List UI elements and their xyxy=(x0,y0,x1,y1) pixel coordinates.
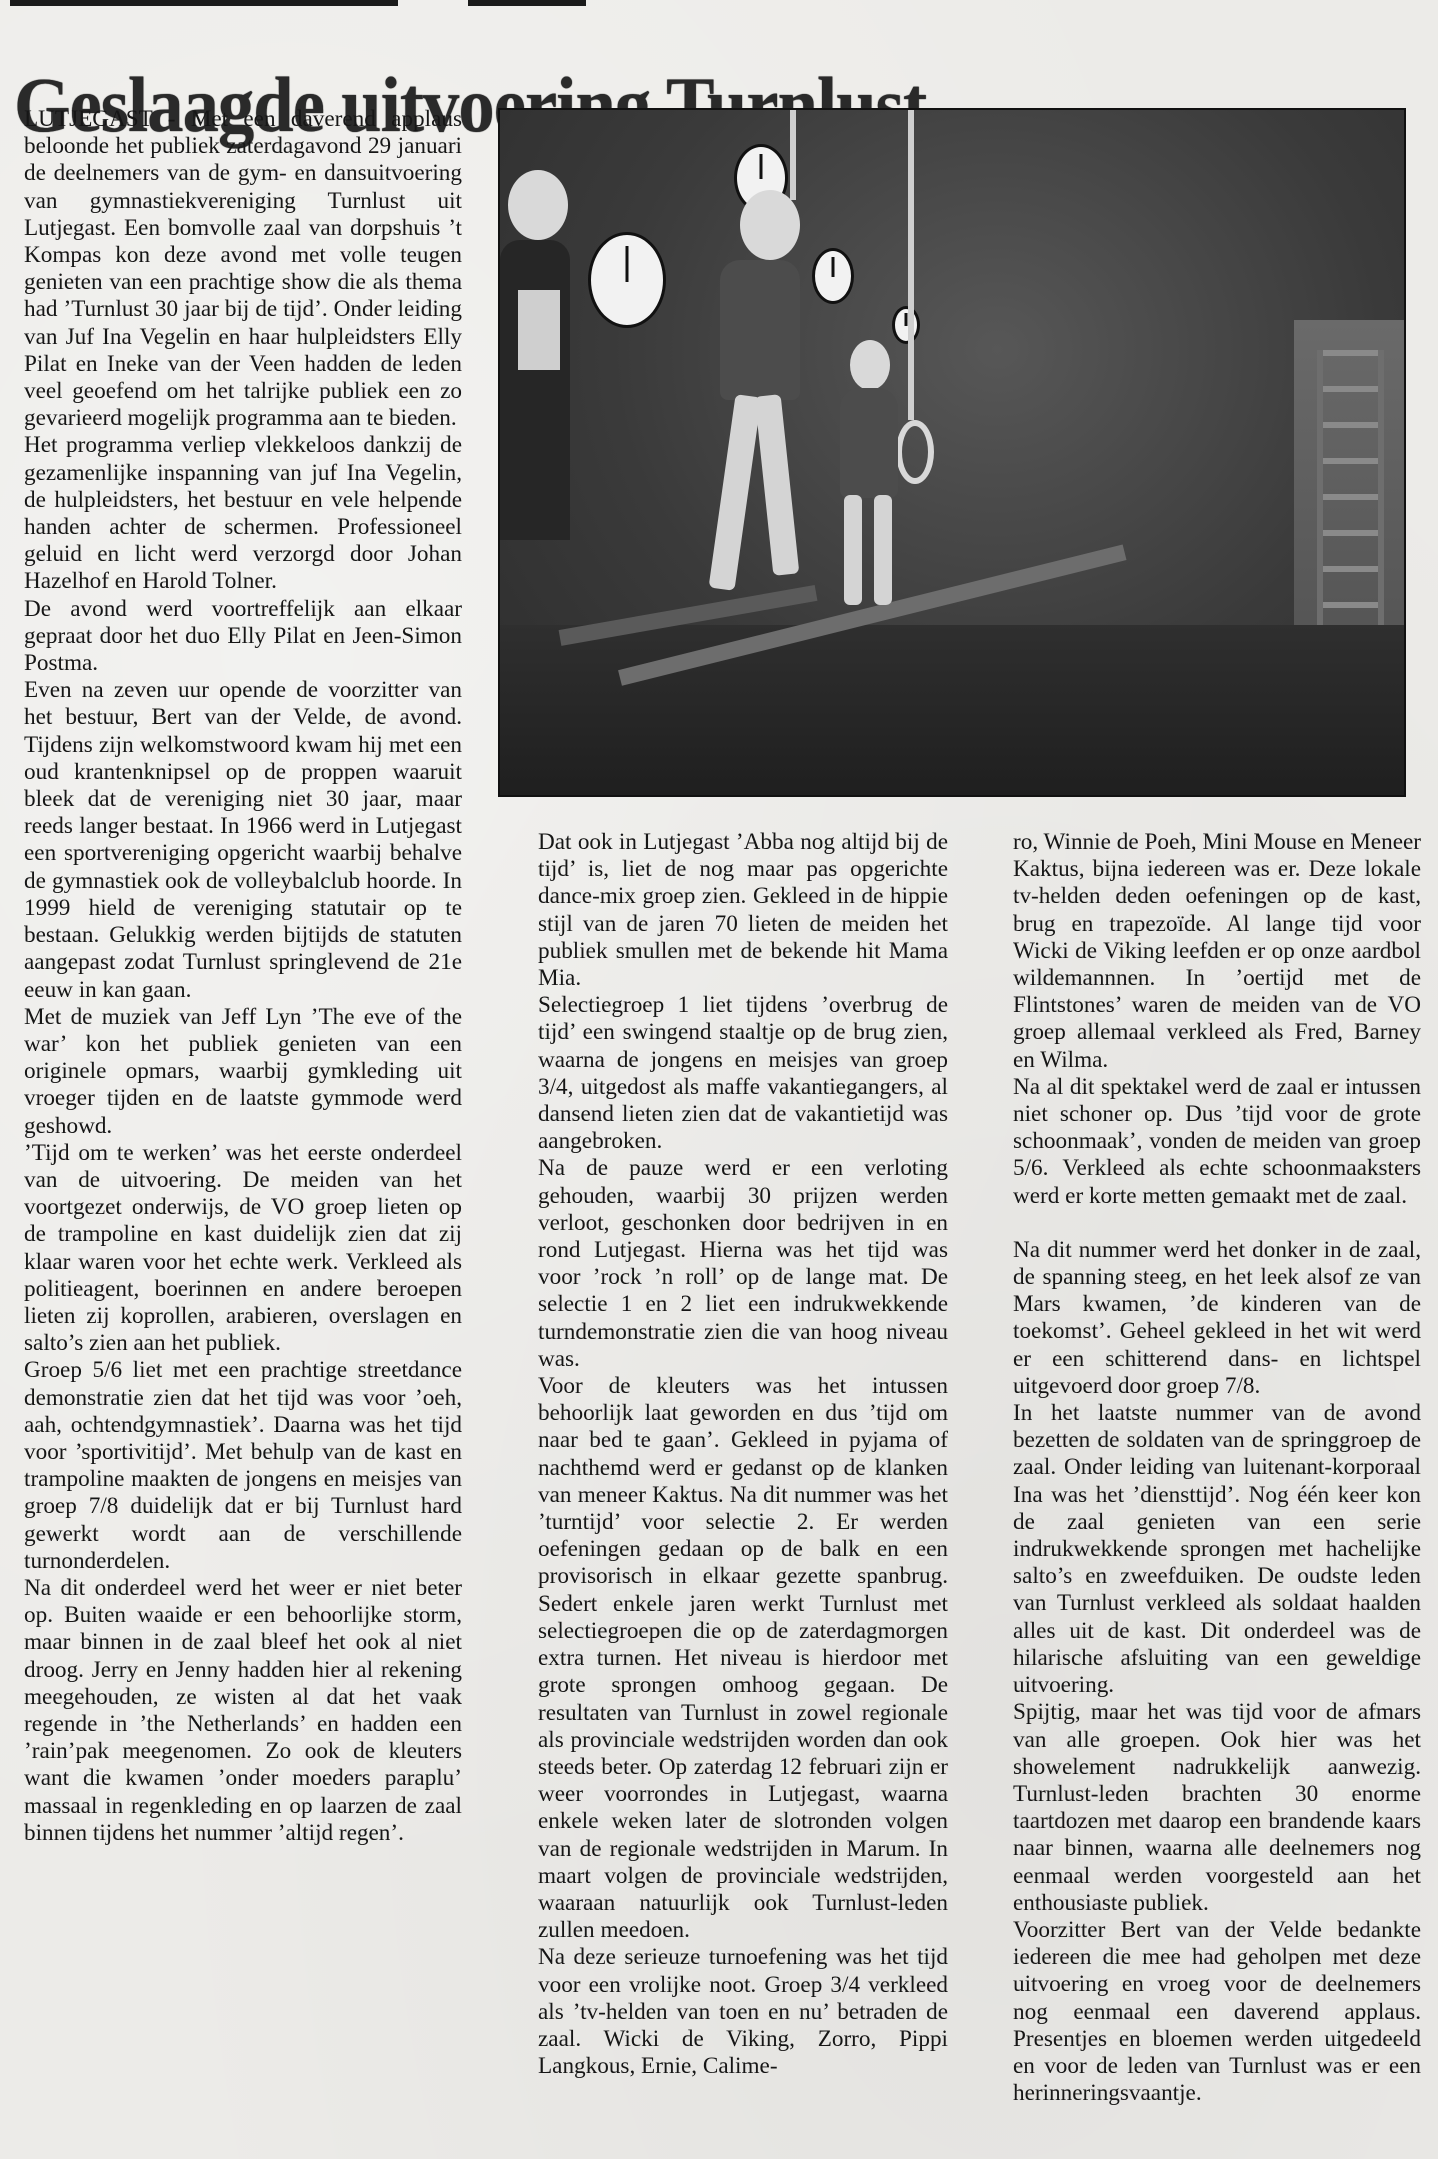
paragraph: ro, Winnie de Poeh, Mini Mouse en Meneer… xyxy=(1013,829,1421,1074)
paragraph: Na deze serieuze turnoefening was het ti… xyxy=(538,1944,948,2080)
gym-ring xyxy=(896,420,934,484)
paragraph: De avond werd voortreffelijk aan elkaar … xyxy=(24,596,462,678)
top-rule-left xyxy=(10,0,398,6)
paragraph: LUTJEGAST - Met een daverend applaus bel… xyxy=(24,106,462,432)
clock-icon xyxy=(588,232,666,328)
paragraph: Het programma verliep vlekkeloos dankzij… xyxy=(24,432,462,595)
paragraph: Spijtig, maar het was tijd voor de afmar… xyxy=(1013,1699,1421,1917)
article-column-2: Dat ook in Lutjegast ’Abba nog altijd bi… xyxy=(538,829,948,2080)
article-column-1: LUTJEGAST - Met een daverend applaus bel… xyxy=(24,106,462,1847)
paragraph: Selectiegroep 1 liet tijdens ’overbrug d… xyxy=(538,992,948,1155)
paragraph: Na dit onderdeel werd het weer er niet b… xyxy=(24,1575,462,1847)
paragraph: Voorzitter Bert van der Velde bedankte i… xyxy=(1013,1917,1421,2107)
clock-icon xyxy=(892,306,920,344)
rope xyxy=(908,110,914,420)
child-left xyxy=(500,240,570,540)
paragraph: Groep 5/6 liet met een prachtige streetd… xyxy=(24,1357,462,1575)
paragraph: Na de pauze werd er een verloting gehoud… xyxy=(538,1155,948,1373)
paragraph: In het laatste nummer van de avond bezet… xyxy=(1013,1400,1421,1699)
article-column-3: ro, Winnie de Poeh, Mini Mouse en Meneer… xyxy=(1013,829,1421,2107)
paragraph: Na dit nummer werd het donker in de zaal… xyxy=(1013,1237,1421,1400)
article-photo xyxy=(498,108,1406,797)
rope xyxy=(790,110,796,200)
top-rule-right xyxy=(468,0,586,6)
clock-icon xyxy=(812,248,854,304)
paragraph: Dat ook in Lutjegast ’Abba nog altijd bi… xyxy=(538,829,948,992)
paragraph: Met de muziek van Jeff Lyn ’The eve of t… xyxy=(24,1004,462,1140)
shirt-print xyxy=(518,290,560,370)
paragraph: Voor de kleuters was het intussen behoor… xyxy=(538,1373,948,1944)
paragraph: ’Tijd om te werken’ was het eerste onder… xyxy=(24,1140,462,1358)
paragraph: Na al dit spektakel werd de zaal er intu… xyxy=(1013,1074,1421,1210)
photo-floor xyxy=(500,625,1404,795)
paragraph: Even na zeven uur opende de voorzitter v… xyxy=(24,677,462,1003)
